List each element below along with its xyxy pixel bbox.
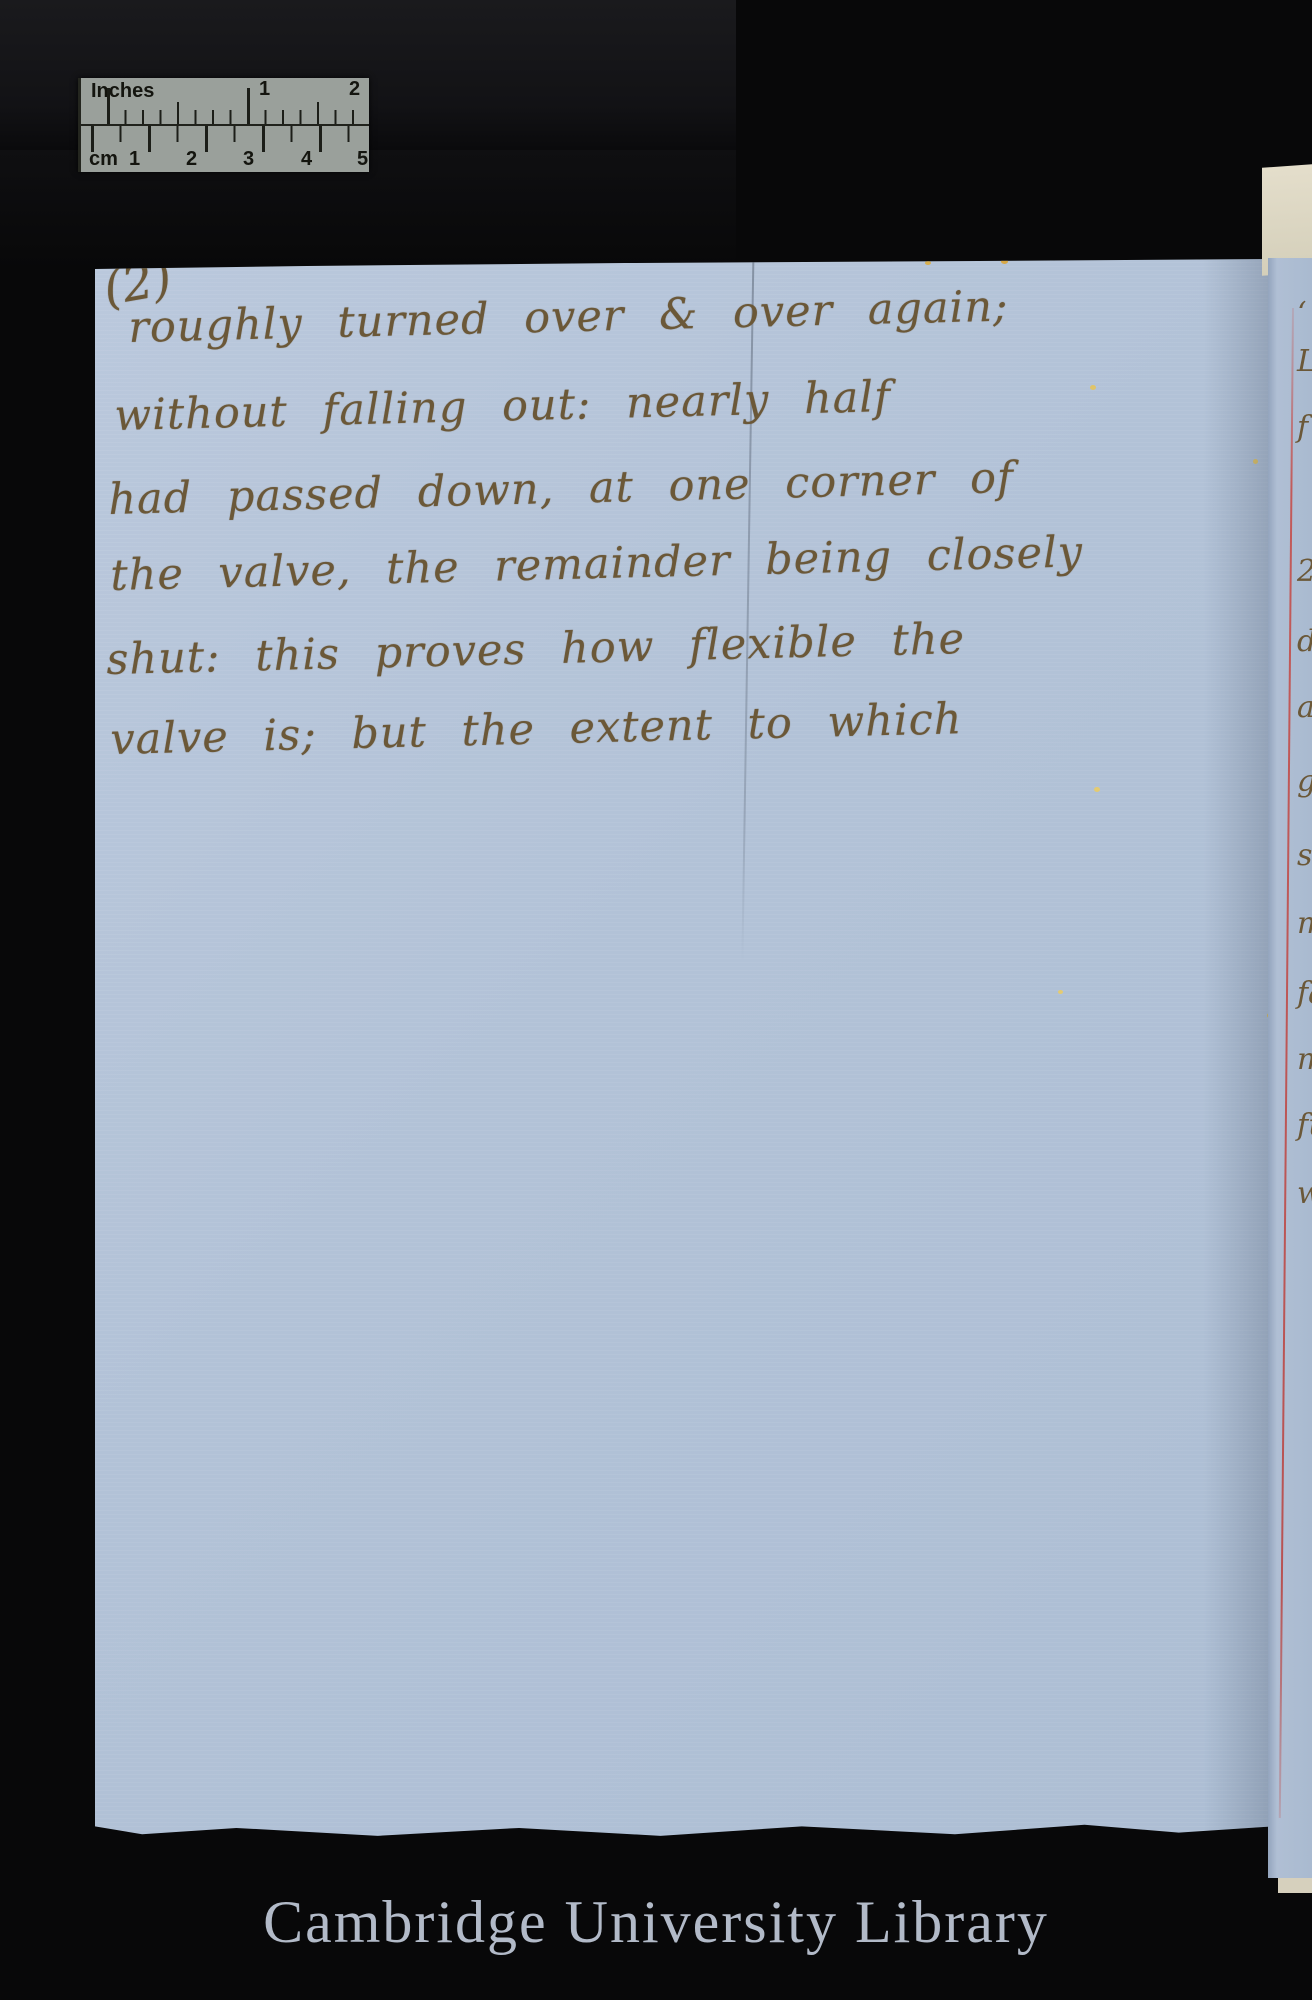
paper-fleck [1058, 990, 1063, 994]
paper-fleck [1001, 259, 1008, 264]
red-margin-line [1279, 308, 1294, 1818]
ruler-cm-number-2: 2 [186, 148, 197, 171]
crease-line [741, 241, 754, 961]
fragment-text: d [1297, 624, 1312, 659]
paper-fleck [1090, 385, 1096, 390]
fragment-text: a [1297, 690, 1312, 725]
library-watermark: Cambridge University Library [0, 1888, 1312, 1957]
fragment-text: ma [1297, 1042, 1312, 1077]
fragment-text: ʻ [1297, 296, 1307, 331]
handwriting-line-2: without falling out: nearly half [114, 372, 892, 441]
paper-fleck [925, 261, 931, 265]
fragment-text: fu [1297, 1108, 1312, 1143]
measurement-ruler: Inches 1 2 cm 1 2 3 4 5 [78, 78, 369, 172]
paper-fleck [1094, 787, 1100, 792]
handwriting-line-1: roughly turned over & over again; [128, 282, 1009, 353]
adjacent-page-edge: ʻ L f 2 d a g so m fa ma fu wo [1268, 258, 1312, 1878]
ruler-cm-number-5: 5 [357, 148, 368, 171]
fragment-text: m [1297, 906, 1312, 941]
fragment-text: wo [1297, 1176, 1312, 1211]
handwriting-line-6: valve is; but the extent to which [110, 694, 963, 765]
fragment-text: fa [1297, 976, 1312, 1011]
fragment-text: L [1297, 344, 1312, 379]
handwriting-line-3: had passed down, at one corner of [108, 453, 1015, 525]
ruler-cm-label: cm [89, 148, 118, 171]
gutter-shadow [1203, 259, 1273, 1839]
fragment-text: g [1297, 764, 1312, 799]
handwriting-line-5: shut: this proves how flexible the [106, 614, 966, 685]
ruler-inch-major-ticks [107, 88, 369, 124]
manuscript-page: (2) roughly turned over & over again; wi… [95, 259, 1273, 1839]
ruler-cm-number-1: 1 [129, 148, 140, 171]
handwriting-line-4: the valve, the remainder being closely [110, 527, 1084, 601]
fragment-text: so [1297, 838, 1312, 873]
fragment-text: 2 [1297, 554, 1312, 589]
ruler-cm-number-3: 3 [243, 148, 254, 171]
fragment-text: f [1297, 410, 1308, 445]
photograph-canvas: Inches 1 2 cm 1 2 3 4 5 (2) roughly turn… [0, 0, 1312, 2000]
ruler-cm-number-4: 4 [301, 148, 312, 171]
